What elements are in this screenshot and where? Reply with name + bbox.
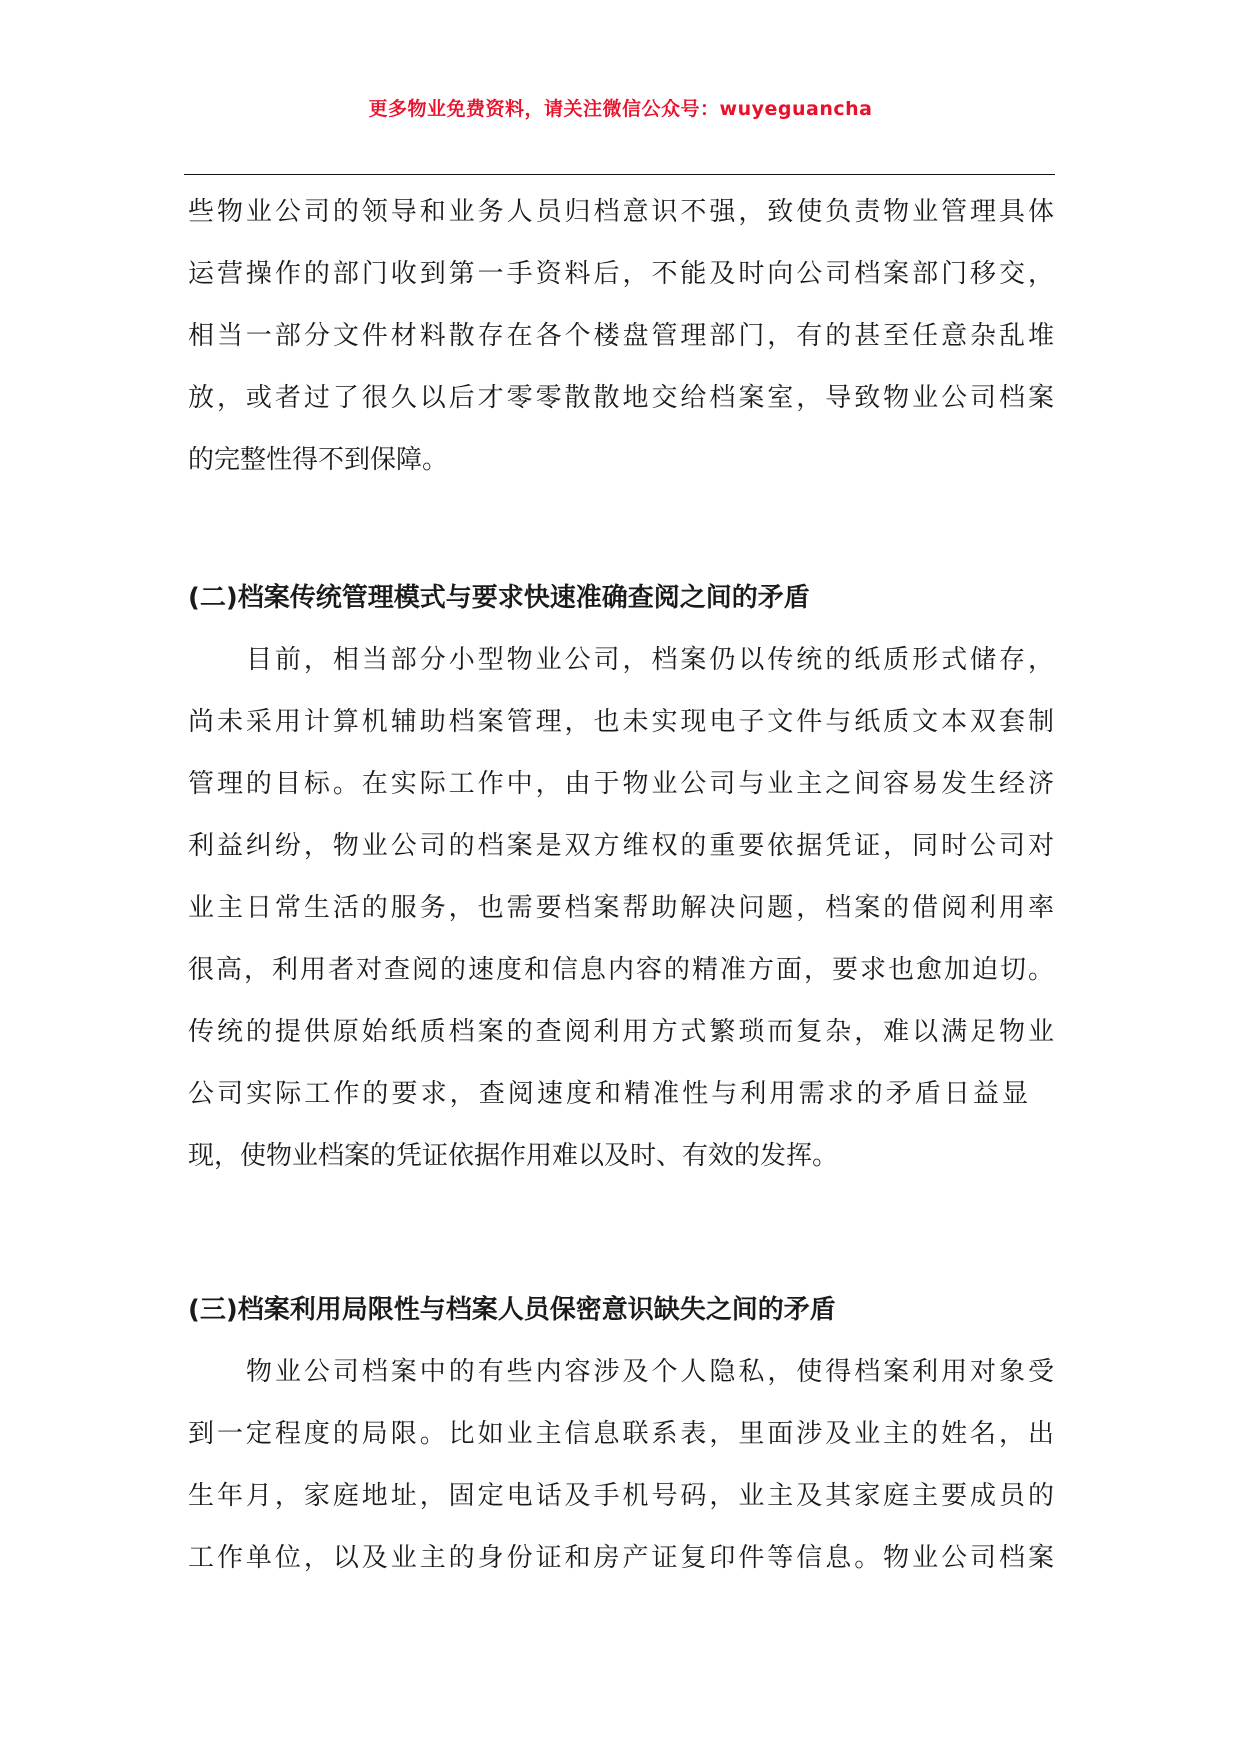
text-line: 很高，利用者对查阅的速度和信息内容的精准方面，要求也愈加迫切。 — [188, 954, 1054, 986]
text-line: 尚未采用计算机辅助档案管理，也未实现电子文件与纸质文本双套制 — [188, 706, 1054, 738]
text-line: 现，使物业档案的凭证依据作用难以及时、有效的发挥。 — [188, 1140, 1054, 1172]
text-line: 管理的目标。在实际工作中，由于物业公司与业主之间容易发生经济 — [188, 768, 1054, 800]
text-line: 公司实际工作的要求，查阅速度和精准性与利用需求的矛盾日益显 — [188, 1078, 1028, 1110]
text-line: 物业公司档案中的有些内容涉及个人隐私，使得档案利用对象受 — [188, 1356, 1054, 1388]
text-line: 到一定程度的局限。比如业主信息联系表，里面涉及业主的姓名，出 — [188, 1418, 1054, 1450]
text-line: 工作单位，以及业主的身份证和房产证复印件等信息。物业公司档案 — [188, 1542, 1054, 1574]
section-heading: (三)档案利用局限性与档案人员保密意识缺失之间的矛盾 — [188, 1294, 836, 1326]
text-line: 生年月，家庭地址，固定电话及手机号码，业主及其家庭主要成员的 — [188, 1480, 1054, 1512]
promo-header: 更多物业免费资料，请关注微信公众号：wuyeguancha — [0, 94, 1241, 121]
text-line: 的完整性得不到保障。 — [188, 444, 1054, 476]
text-line: 些物业公司的领导和业务人员归档意识不强，致使负责物业管理具体 — [188, 196, 1054, 228]
header-divider — [184, 174, 1055, 175]
section-heading: (二)档案传统管理模式与要求快速准确查阅之间的矛盾 — [188, 582, 810, 614]
text-line: 放，或者过了很久以后才零零散散地交给档案室，导致物业公司档案 — [188, 382, 1054, 414]
text-line: 利益纠纷，物业公司的档案是双方维权的重要依据凭证，同时公司对 — [188, 830, 1054, 862]
text-line: 相当一部分文件材料散存在各个楼盘管理部门，有的甚至任意杂乱堆 — [188, 320, 1054, 352]
text-line: 传统的提供原始纸质档案的查阅利用方式繁琐而复杂，难以满足物业 — [188, 1016, 1054, 1048]
text-line: 业主日常生活的服务，也需要档案帮助解决问题，档案的借阅利用率 — [188, 892, 1054, 924]
text-line: 运营操作的部门收到第一手资料后，不能及时向公司档案部门移交， — [188, 258, 1054, 290]
text-line: 目前，相当部分小型物业公司，档案仍以传统的纸质形式储存， — [188, 644, 1054, 676]
